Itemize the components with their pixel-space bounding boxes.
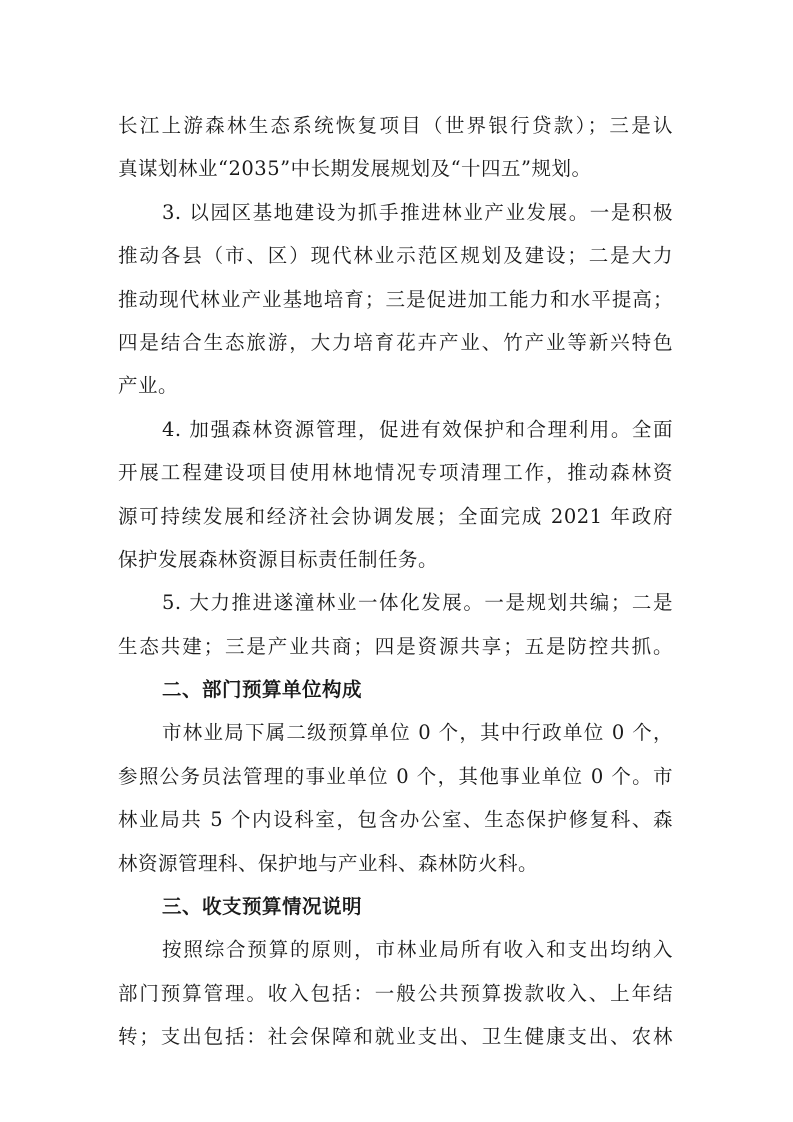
- text-line: 林资源管理科、保护地与产业科、森林防火科。: [118, 842, 673, 885]
- text-line: 3. 以园区基地建设为抓手推进林业产业发展。一是积极: [118, 191, 673, 234]
- text-line: 推动现代林业产业基地培育；三是促进加工能力和水平提高；: [118, 278, 673, 321]
- text-line: 产业。: [118, 364, 673, 407]
- text-line: 5. 大力推进遂潼林业一体化发展。一是规划共编；二是: [118, 581, 673, 624]
- text-line: 参照公务员法管理的事业单位 0 个，其他事业单位 0 个。市: [118, 755, 673, 798]
- section-heading: 二、部门预算单位构成: [118, 668, 673, 711]
- document-body: 长江上游森林生态系统恢复项目（世界银行贷款）；三是认 真谋划林业“2035”中长…: [118, 104, 673, 1059]
- text-line: 保护发展森林资源目标责任制任务。: [118, 538, 673, 581]
- text-line: 林业局共 5 个内设科室，包含办公室、生态保护修复科、森: [118, 798, 673, 841]
- text-line: 真谋划林业“2035”中长期发展规划及“十四五”规划。: [118, 147, 673, 190]
- text-line: 市林业局下属二级预算单位 0 个，其中行政单位 0 个，: [118, 711, 673, 754]
- text-line: 长江上游森林生态系统恢复项目（世界银行贷款）；三是认: [118, 104, 673, 147]
- text-line: 四是结合生态旅游，大力培育花卉产业、竹产业等新兴特色: [118, 321, 673, 364]
- text-line: 转；支出包括：社会保障和就业支出、卫生健康支出、农林: [118, 1015, 673, 1058]
- text-line: 按照综合预算的原则，市林业局所有收入和支出均纳入: [118, 928, 673, 971]
- text-line: 生态共建；三是产业共商；四是资源共享；五是防控共抓。: [118, 625, 673, 668]
- text-line: 推动各县（市、区）现代林业示范区规划及建设；二是大力: [118, 234, 673, 277]
- section-heading: 三、收支预算情况说明: [118, 885, 673, 928]
- text-line: 4. 加强森林资源管理，促进有效保护和合理利用。全面: [118, 408, 673, 451]
- document-page: 长江上游森林生态系统恢复项目（世界银行贷款）；三是认 真谋划林业“2035”中长…: [0, 0, 793, 1122]
- text-line: 开展工程建设项目使用林地情况专项清理工作，推动森林资: [118, 451, 673, 494]
- text-line: 部门预算管理。收入包括：一般公共预算拨款收入、上年结: [118, 972, 673, 1015]
- text-line: 源可持续发展和经济社会协调发展；全面完成 2021 年政府: [118, 495, 673, 538]
